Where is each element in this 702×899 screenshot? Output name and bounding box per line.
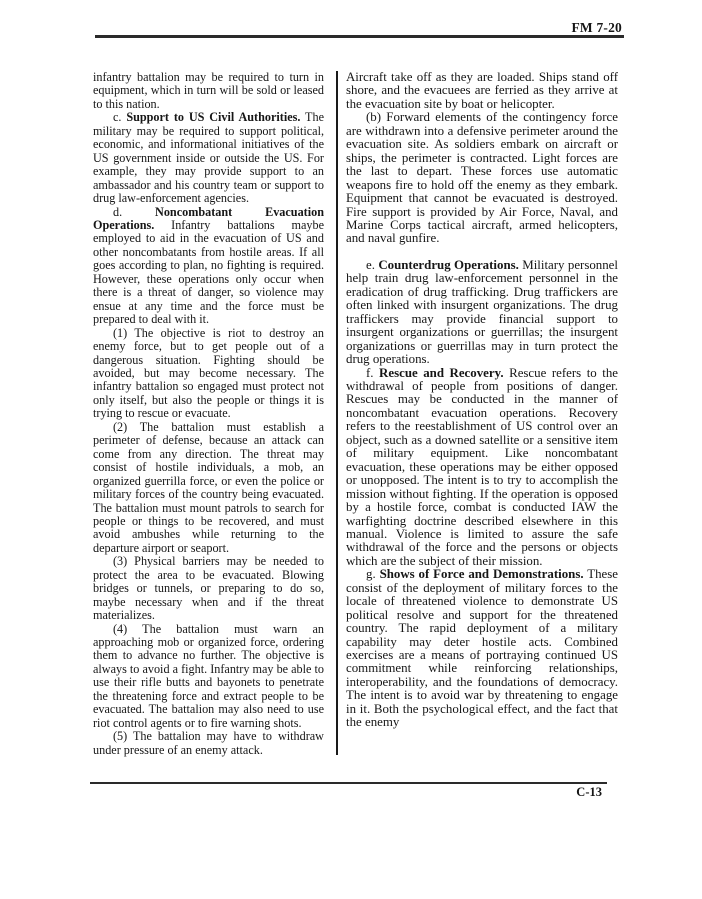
paragraph-text: infantry battalion may be required to tu… <box>93 71 324 111</box>
paragraph-heading: Shows of Force and Demonstrations. <box>380 567 584 581</box>
paragraph: d. Noncombatant Evacuation Operations. I… <box>93 206 324 327</box>
paragraph-text: These consist of the deployment of milit… <box>346 567 618 729</box>
document-page: FM 7-20 infantry battalion may be requir… <box>0 0 702 899</box>
paragraph-heading: Rescue and Recovery. <box>379 366 504 380</box>
paragraph-text: (5) The battalion may have to withdraw u… <box>93 729 324 756</box>
paragraph: g. Shows of Force and Demonstrations. Th… <box>346 568 618 729</box>
paragraph-text: (a) Noncombatants must be evacuated firs… <box>93 756 324 757</box>
paragraph: (5) The battalion may have to withdraw u… <box>93 730 324 757</box>
paragraph-text: Rescue refers to the withdrawal of peopl… <box>346 366 618 568</box>
paragraph: (b) Forward elements of the contingency … <box>346 111 618 246</box>
paragraph-text: (b) Forward elements of the contingency … <box>346 110 618 245</box>
header-doc-number: FM 7-20 <box>95 20 622 36</box>
paragraph-text: (4) The battalion must warn an approachi… <box>93 622 324 730</box>
paragraph: (3) Physical barriers may be needed to p… <box>93 555 324 622</box>
paragraph-text: g. <box>366 567 380 581</box>
paragraph-text: (1) The objective is riot to destroy an … <box>93 326 324 421</box>
paragraph-text: f. <box>366 366 379 380</box>
footer-rule <box>90 782 607 784</box>
left-column: infantry battalion may be required to tu… <box>93 71 324 757</box>
paragraph-text: Military personnel help train drug law-e… <box>346 258 618 366</box>
paragraph-text: Aircraft take off as they are loaded. Sh… <box>346 71 618 111</box>
paragraph-text: (2) The battalion must establish a perim… <box>93 420 324 555</box>
paragraph-text: Infantry battalions maybe employed to ai… <box>93 218 324 326</box>
paragraph-text: The military may be required to support … <box>93 110 324 205</box>
paragraph-text: d. <box>113 205 155 219</box>
column-divider-rule <box>336 71 338 755</box>
paragraph-text: (3) Physical barriers may be needed to p… <box>93 554 324 622</box>
right-column: Aircraft take off as they are loaded. Sh… <box>346 71 618 757</box>
paragraph: (4) The battalion must warn an approachi… <box>93 623 324 731</box>
paragraph: f. Rescue and Recovery. Rescue refers to… <box>346 367 618 569</box>
paragraph-text: e. <box>366 258 378 272</box>
paragraph: Aircraft take off as they are loaded. Sh… <box>346 71 618 111</box>
paragraph: (2) The battalion must establish a perim… <box>93 421 324 556</box>
paragraph: (1) The objective is riot to destroy an … <box>93 327 324 421</box>
paragraph: e. Counterdrug Operations. Military pers… <box>346 259 618 367</box>
paragraph-text: c. <box>113 110 126 124</box>
paragraph: c. Support to US Civil Authorities. The … <box>93 111 324 205</box>
paragraph: infantry battalion may be required to tu… <box>93 71 324 111</box>
paragraph-heading: Counterdrug Operations. <box>378 258 519 272</box>
footer-page-number: C-13 <box>95 785 602 800</box>
header-rule <box>95 35 624 38</box>
paragraph-heading: Support to US Civil Authorities. <box>126 110 300 124</box>
